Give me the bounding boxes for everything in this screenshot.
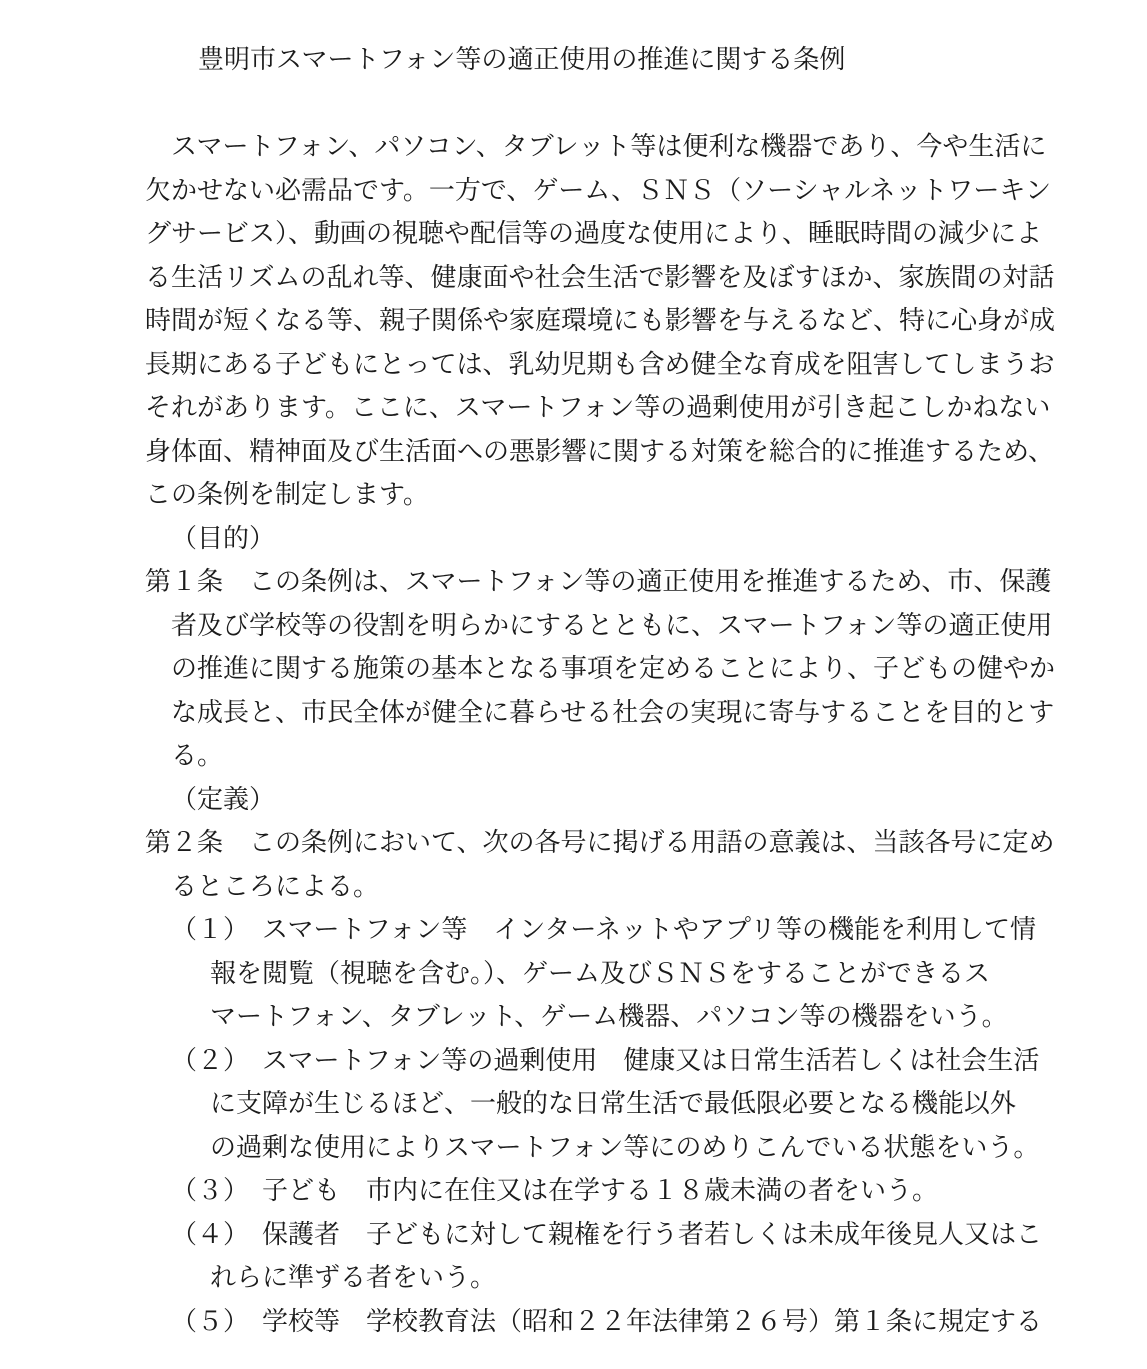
text-line: の過剰な使用によりスマートフォン等にのめりこんでいる状態をいう。	[145, 1126, 1127, 1170]
text-line: （４） 保護者 子どもに対して親権を行う者若しくは未成年後見人又はこ	[145, 1213, 1127, 1257]
text-line: 欠かせない必需品です。一方で、ゲーム、ＳＮＳ（ソーシャルネットワーキン	[145, 169, 1127, 213]
document-title: 豊明市スマートフォン等の適正使用の推進に関する条例	[145, 38, 1127, 82]
text-line: 報を閲覧（視聴を含む。）、ゲーム及びＳＮＳをすることができるス	[145, 952, 1127, 996]
text-line: る生活リズムの乱れ等、健康面や社会生活で影響を及ぼすほか、家族間の対話	[145, 256, 1127, 300]
text-line: （５） 学校等 学校教育法（昭和２２年法律第２６号）第１条に規定する	[145, 1300, 1127, 1344]
text-line: な成長と、市民全体が健全に暮らせる社会の実現に寄与することを目的とす	[145, 691, 1127, 735]
text-line: の推進に関する施策の基本となる事項を定めることにより、子どもの健やか	[145, 647, 1127, 691]
text-line: （２） スマートフォン等の過剰使用 健康又は日常生活若しくは社会生活	[145, 1039, 1127, 1083]
blank-line	[145, 82, 1127, 126]
text-line: （１） スマートフォン等 インターネットやアプリ等の機能を利用して情	[145, 908, 1127, 952]
text-line: 長期にある子どもにとっては、乳幼児期も含め健全な育成を阻害してしまうお	[145, 343, 1127, 387]
text-line: （目的）	[145, 517, 1127, 561]
text-line: に支障が生じるほど、一般的な日常生活で最低限必要となる機能以外	[145, 1082, 1127, 1126]
text-line: るところによる。	[145, 865, 1127, 909]
text-line: 者及び学校等の役割を明らかにするとともに、スマートフォン等の適正使用	[145, 604, 1127, 648]
text-line: それがあります。ここに、スマートフォン等の過剰使用が引き起こしかねない	[145, 386, 1127, 430]
text-line: 第１条 この条例は、スマートフォン等の適正使用を推進するため、市、保護	[145, 560, 1127, 604]
text-line: スマートフォン、パソコン、タブレット等は便利な機器であり、今や生活に	[145, 125, 1127, 169]
text-line: グサービス）、動画の視聴や配信等の過度な使用により、睡眠時間の減少によ	[145, 212, 1127, 256]
document-body: スマートフォン、パソコン、タブレット等は便利な機器であり、今や生活に欠かせない必…	[145, 125, 1127, 1343]
text-line: 第２条 この条例において、次の各号に掲げる用語の意義は、当該各号に定め	[145, 821, 1127, 865]
text-line: （３） 子ども 市内に在住又は在学する１８歳未満の者をいう。	[145, 1169, 1127, 1213]
text-line: この条例を制定します。	[145, 473, 1127, 517]
text-line: れらに準ずる者をいう。	[145, 1256, 1127, 1300]
text-line: る。	[145, 734, 1127, 778]
text-line: 身体面、精神面及び生活面への悪影響に関する対策を総合的に推進するため、	[145, 430, 1127, 474]
document-page: 豊明市スマートフォン等の適正使用の推進に関する条例 スマートフォン、パソコン、タ…	[0, 0, 1147, 1369]
text-line: （定義）	[145, 778, 1127, 822]
text-line: マートフォン、タブレット、ゲーム機器、パソコン等の機器をいう。	[145, 995, 1127, 1039]
text-line: 時間が短くなる等、親子関係や家庭環境にも影響を与えるなど、特に心身が成	[145, 299, 1127, 343]
